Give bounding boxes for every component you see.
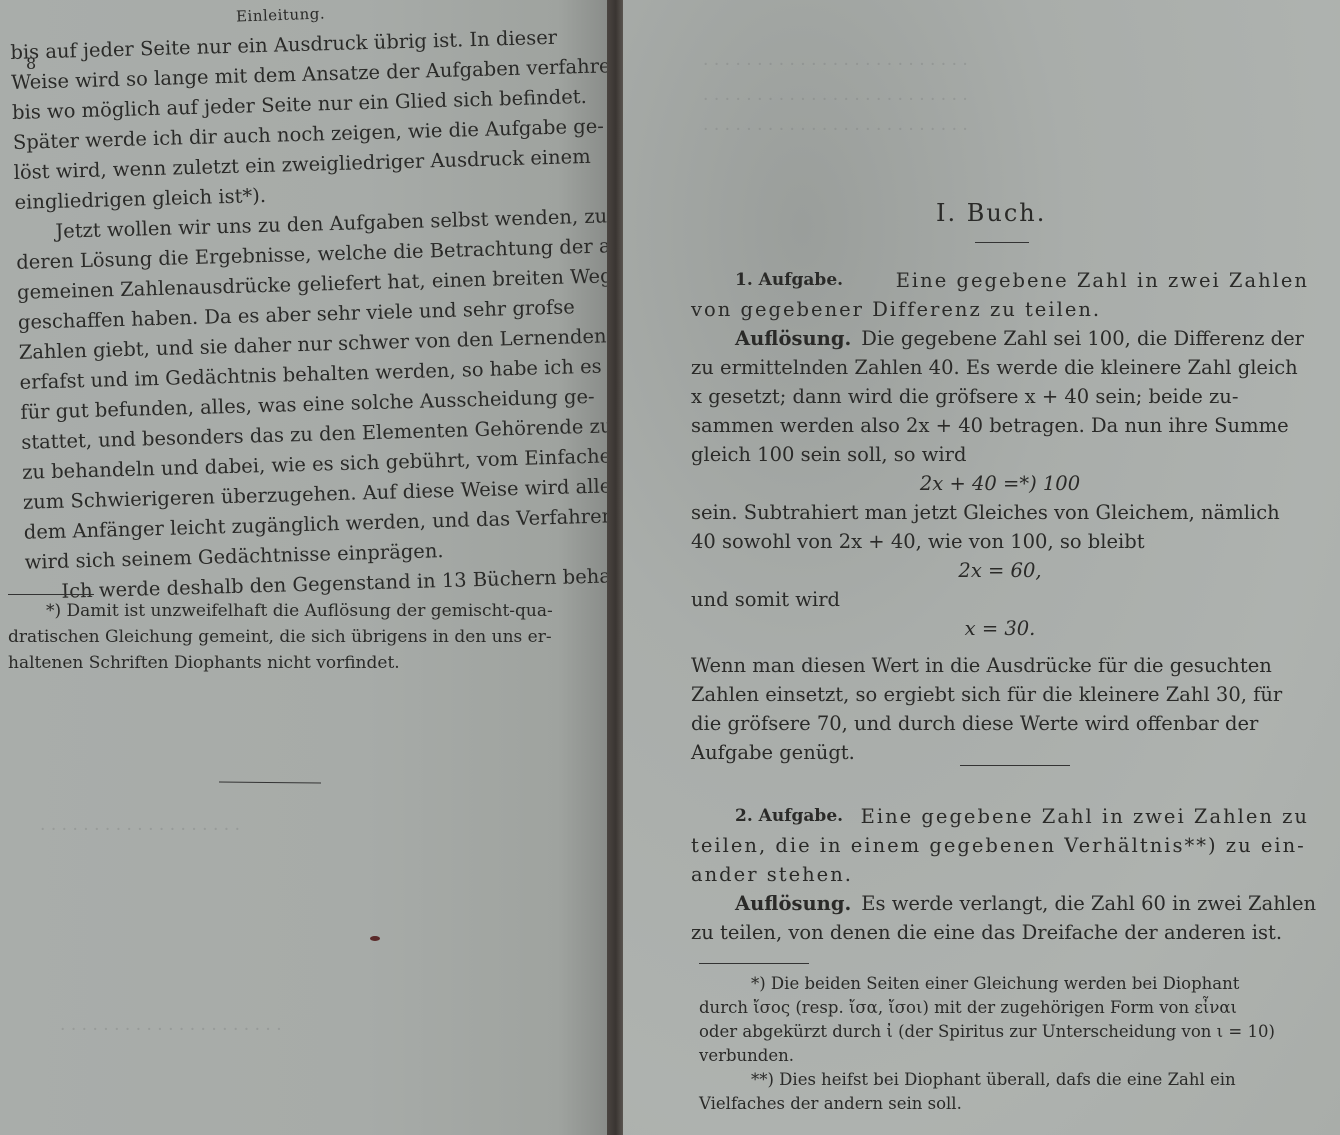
solution-line: und somit wird bbox=[691, 585, 1309, 614]
solution-line: gleich 100 sein soll, so wird bbox=[691, 440, 1309, 469]
footnote-line: durch ἴσος (resp. ἴσα, ἴσοι) mit der zug… bbox=[699, 996, 1309, 1020]
problem-2: 2. Aufgabe. Eine gegebene Zahl in zwei Z… bbox=[691, 802, 1309, 947]
bleed-through-text: · · · · · · · · · · · · · · · · · · · · … bbox=[703, 120, 968, 140]
solution-label: Auflösung. bbox=[735, 889, 851, 918]
left-footnote: *) Damit ist unzweifelhaft die Auflösung… bbox=[8, 598, 578, 676]
bleed-through-text: · · · · · · · · · · · · · · · · · · · · … bbox=[60, 1020, 282, 1040]
left-page: · · · · · · · · · · · · · · · · · · · · … bbox=[0, 0, 607, 1135]
footnote-line: dratischen Gleichung gemeint, die sich ü… bbox=[8, 624, 578, 650]
left-body-text: bis auf jeder Seite nur ein Ausdruck übr… bbox=[10, 22, 594, 608]
footnote-separator bbox=[8, 594, 94, 595]
footnote-line: Vielfaches der andern sein soll. bbox=[699, 1092, 1309, 1116]
footnote-line: **) Dies heifst bei Diophant überall, da… bbox=[699, 1068, 1309, 1092]
section-rule bbox=[960, 765, 1070, 766]
solution-line: zu ermittelnden Zahlen 40. Es werde die … bbox=[691, 353, 1309, 382]
problem-statement-line: von gegebener Differenz zu teilen. bbox=[691, 295, 1309, 324]
problem-statement-line: teilen, die in einem gegebenen Verhältni… bbox=[691, 831, 1309, 860]
footnote-line: *) Die beiden Seiten einer Gleichung wer… bbox=[699, 972, 1309, 996]
problem-statement-line: 2. Aufgabe. Eine gegebene Zahl in zwei Z… bbox=[691, 802, 1309, 831]
footnote-line: *) Damit ist unzweifelhaft die Auflösung… bbox=[8, 598, 578, 624]
chapter-rule bbox=[975, 242, 1029, 243]
problem-statement-line: 1. Aufgabe. Eine gegebene Zahl in zwei Z… bbox=[691, 266, 1309, 295]
problem-1: 1. Aufgabe. Eine gegebene Zahl in zwei Z… bbox=[691, 266, 1309, 767]
chapter-title: I. Buch. bbox=[936, 199, 1046, 227]
bleed-through-text: · · · · · · · · · · · · · · · · · · · · … bbox=[703, 90, 968, 110]
solution-line: Auflösung. Es werde verlangt, die Zahl 6… bbox=[691, 889, 1309, 918]
solution-line: Aufgabe genügt. bbox=[691, 738, 1309, 767]
footnote-line: haltenen Schriften Diophants nicht vorfi… bbox=[8, 650, 578, 676]
equation: 2x = 60, bbox=[691, 556, 1309, 585]
equation: 2x + 40 =*) 100 bbox=[691, 469, 1309, 498]
footnote-separator bbox=[699, 963, 809, 964]
problem-label: 1. Aufgabe. bbox=[735, 266, 843, 295]
solution-label: Auflösung. bbox=[735, 324, 851, 353]
problem-label: 2. Aufgabe. bbox=[735, 802, 843, 831]
solution-line: sein. Subtrahiert man jetzt Gleiches von… bbox=[691, 498, 1309, 527]
solution-line: sammen werden also 2x + 40 betragen. Da … bbox=[691, 411, 1309, 440]
solution-line: 40 sowohl von 2x + 40, wie von 100, so b… bbox=[691, 527, 1309, 556]
bleed-through-text: · · · · · · · · · · · · · · · · · · · bbox=[40, 820, 240, 840]
problem-statement-line: ander stehen. bbox=[691, 860, 1309, 889]
footnote-line: oder abgekürzt durch ἰ (der Spiritus zur… bbox=[699, 1020, 1309, 1044]
running-head: Einleitung. bbox=[236, 4, 326, 25]
solution-line: zu teilen, von denen die eine das Dreifa… bbox=[691, 918, 1309, 947]
section-end-rule bbox=[219, 781, 321, 783]
bleed-through-text: · · · · · · · · · · · · · · · · · · · · … bbox=[703, 55, 968, 75]
equation: x = 30. bbox=[691, 614, 1309, 643]
right-footnotes: *) Die beiden Seiten einer Gleichung wer… bbox=[699, 972, 1309, 1116]
footnote-line: verbunden. bbox=[699, 1044, 1309, 1068]
solution-line: Zahlen einsetzt, so ergiebt sich für die… bbox=[691, 680, 1309, 709]
solution-line: die gröfsere 70, und durch diese Werte w… bbox=[691, 709, 1309, 738]
solution-line: x gesetzt; dann wird die gröfsere x + 40… bbox=[691, 382, 1309, 411]
solution-line: Wenn man diesen Wert in die Ausdrücke fü… bbox=[691, 651, 1309, 680]
book-spine bbox=[607, 0, 623, 1135]
solution-line: Auflösung. Die gegebene Zahl sei 100, di… bbox=[691, 324, 1309, 353]
ink-spot bbox=[370, 936, 380, 941]
right-page: · · · · · · · · · · · · · · · · · · · · … bbox=[623, 0, 1340, 1135]
